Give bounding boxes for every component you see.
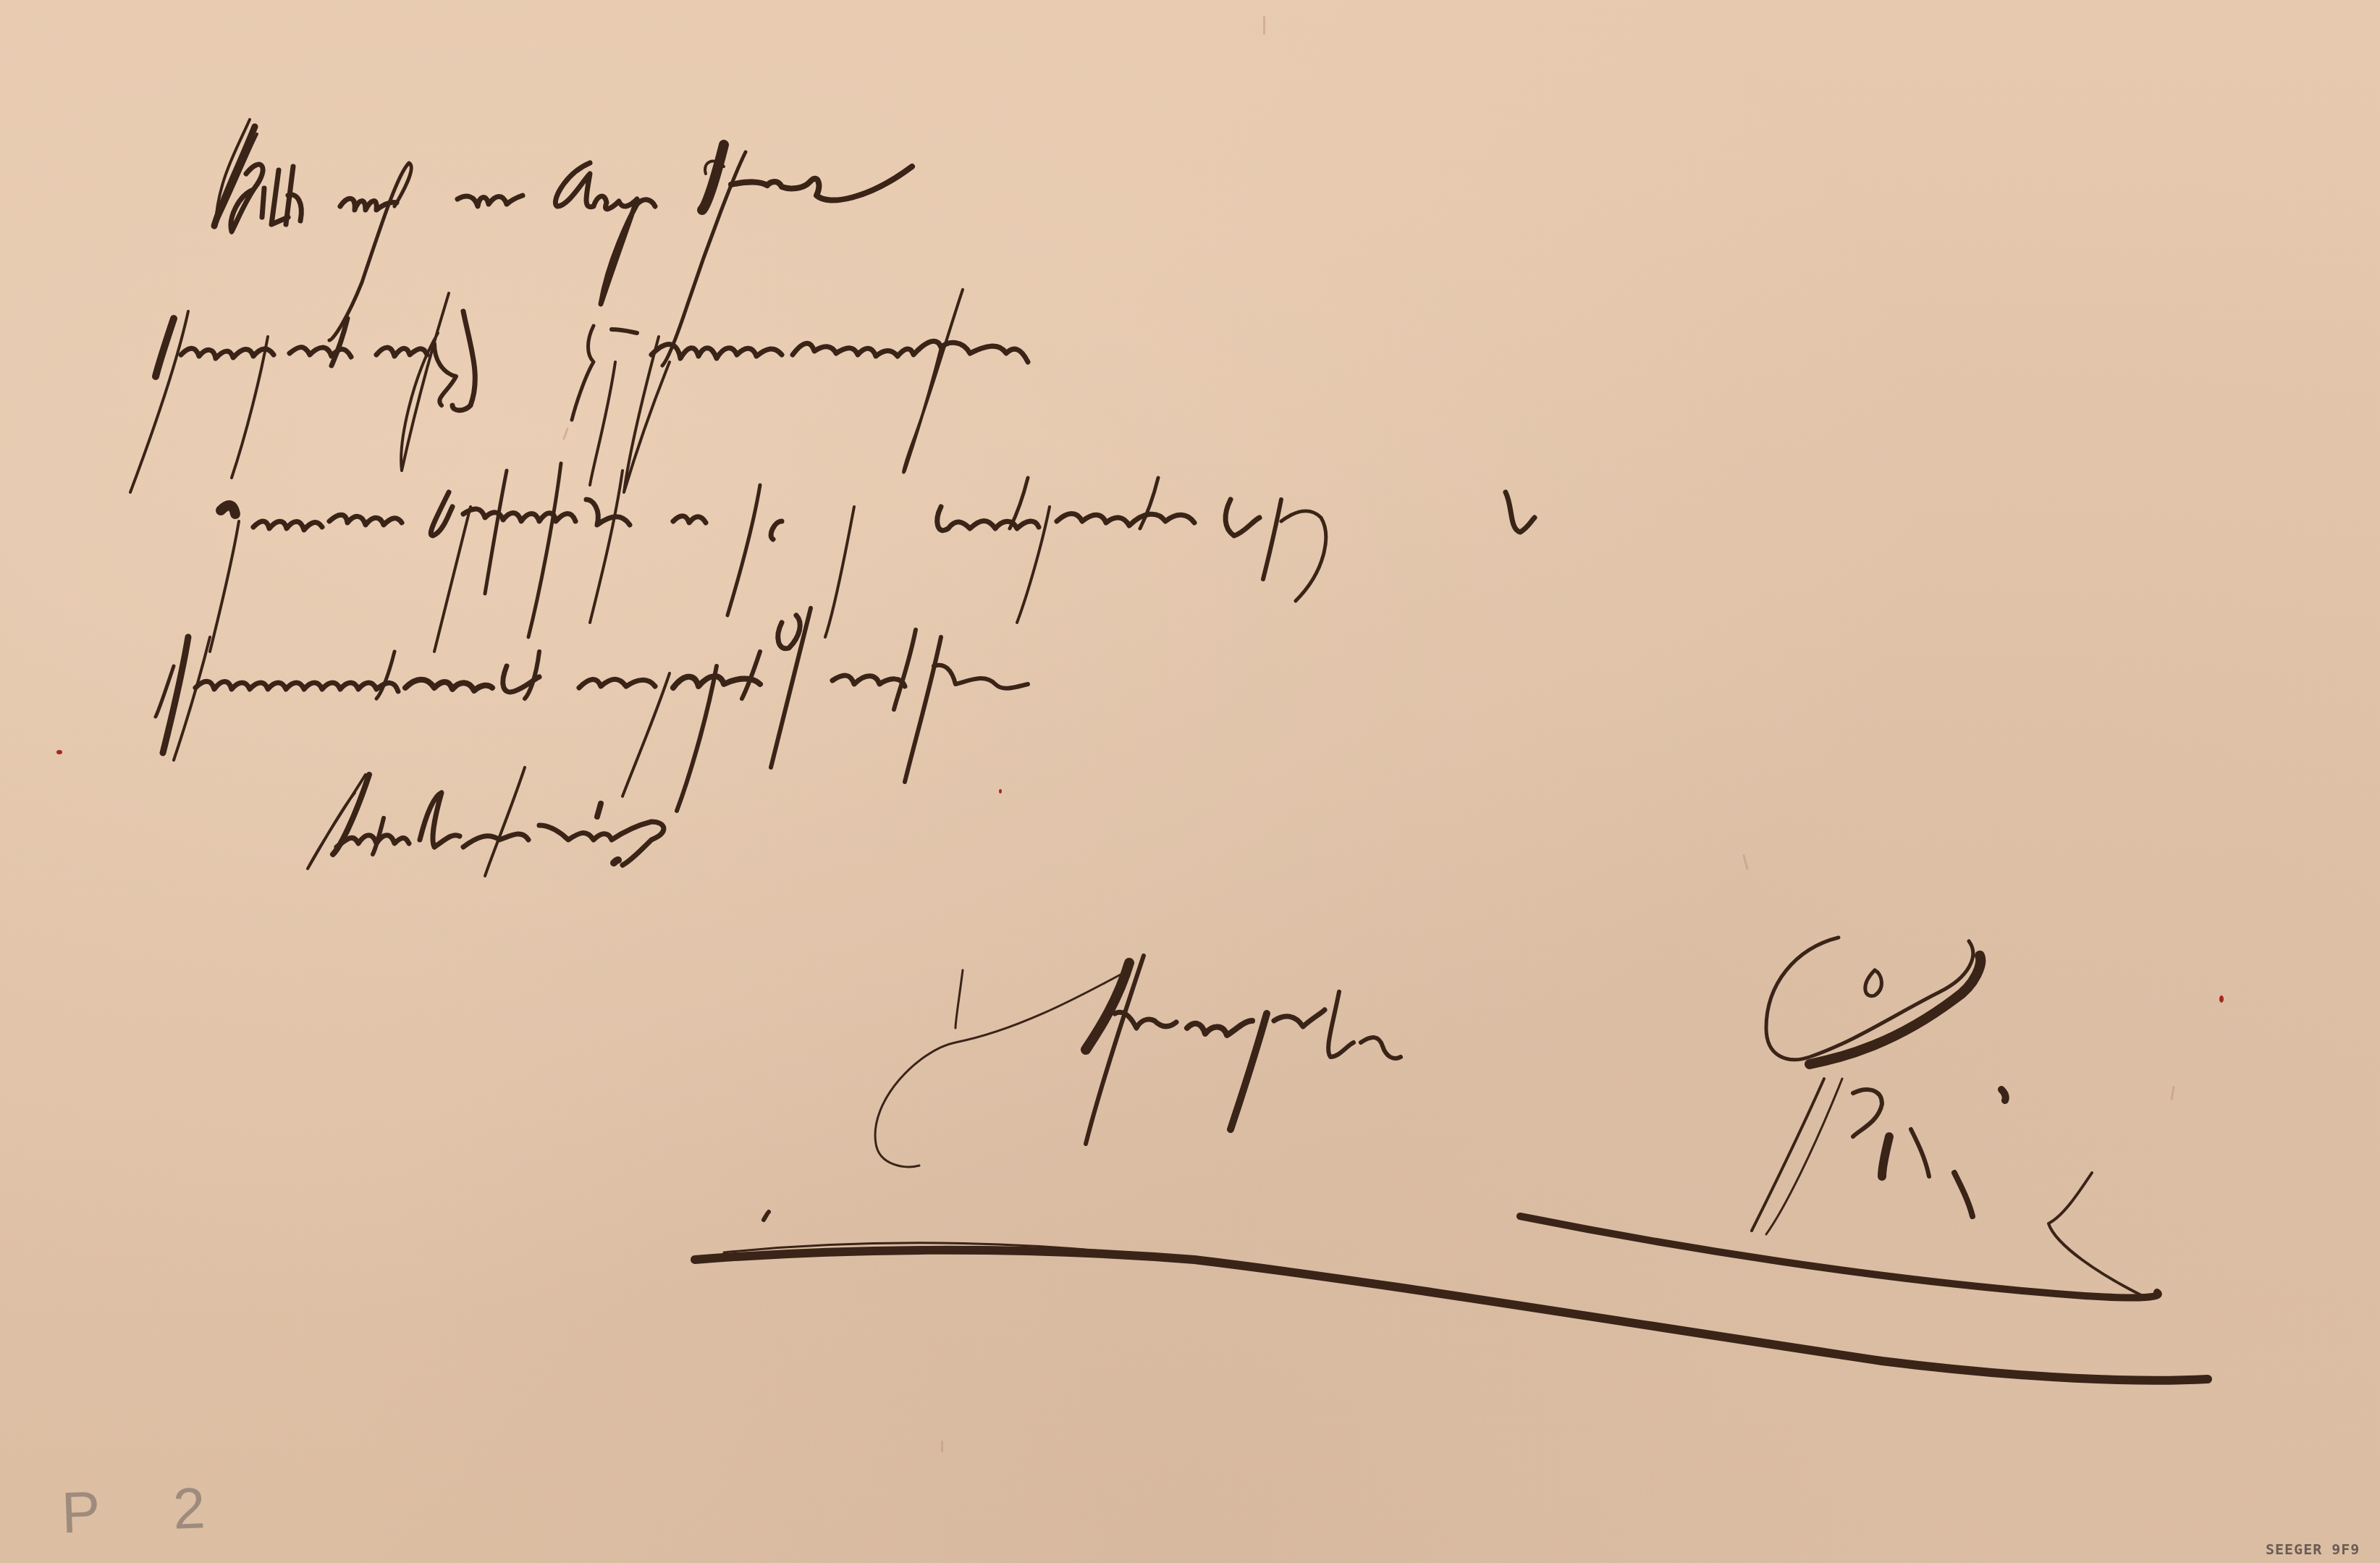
handwriting-line-2	[130, 290, 1028, 492]
printer-imprint: SEEGER 9F9	[2266, 1541, 2360, 1558]
handwriting-line-3	[210, 463, 1535, 652]
handwriting-line-4	[156, 608, 1028, 811]
handwriting-ink	[0, 0, 2380, 1563]
postcard: Bitte mich von Tage Ihrer Herkunft zu un…	[0, 0, 2380, 1563]
pencil-archive-mark: P 2	[60, 1474, 235, 1546]
signature	[695, 938, 2208, 1381]
handwriting-line-1	[214, 119, 912, 366]
handwriting-line-5	[308, 767, 664, 876]
